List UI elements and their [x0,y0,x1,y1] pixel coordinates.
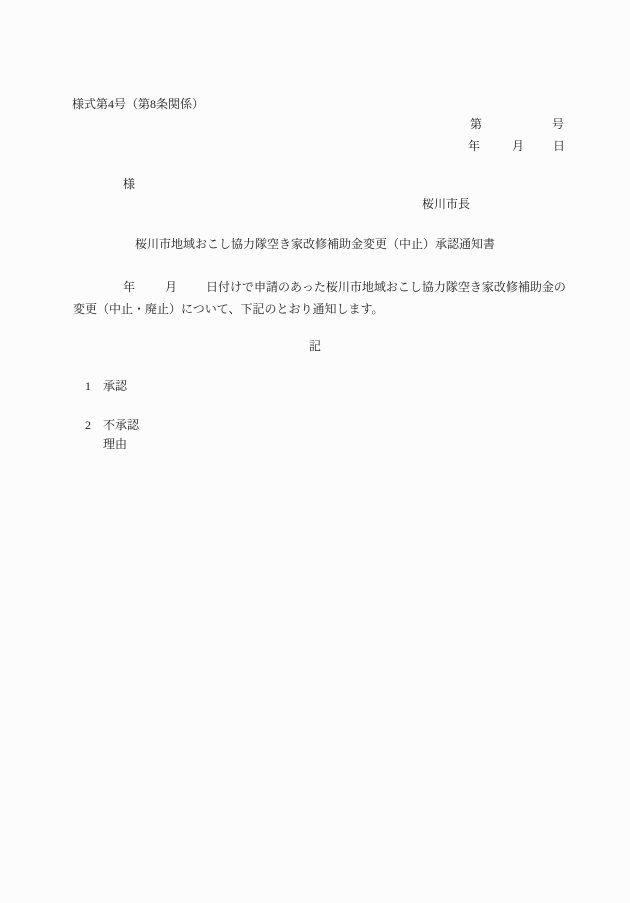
form-number-label: 様式第4号（第8条関係） [72,96,204,113]
reason-label: 理由 [103,436,127,453]
date-year-label: 年 [468,138,480,155]
document-number-prefix: 第 [470,116,482,133]
document-number-suffix: 号 [552,116,564,133]
date-month-label: 月 [512,138,524,155]
list-item-1-number: 1 [85,378,91,395]
list-item-1-label: 承認 [103,378,127,395]
body-paragraph-line2: 変更（中止・廃止）について、下記のとおり通知します。 [73,301,384,318]
addressee-honorific: 様 [123,176,135,193]
date-day-label: 日 [553,138,565,155]
body-month-label: 月 [165,279,177,296]
list-item-2-number: 2 [85,417,91,434]
document-page: 様式第4号（第8条関係） 第 号 年 月 日 様 桜川市長 桜川市地域おこし協力… [0,0,630,903]
document-title: 桜川市地域おこし協力隊空き家改修補助金変更（中止）承認通知書 [0,236,630,253]
record-marker: 記 [0,338,630,355]
body-paragraph-line1: 年 月 日付けで申請のあった桜川市地域おこし協力隊空き家改修補助金の [73,279,566,296]
list-item-2-label: 不承認 [103,417,139,434]
body-year-label: 年 [123,279,135,296]
body-line1-text: 日付けで申請のあった桜川市地域おこし協力隊空き家改修補助金の [206,279,566,296]
sender-name: 桜川市長 [422,196,470,213]
